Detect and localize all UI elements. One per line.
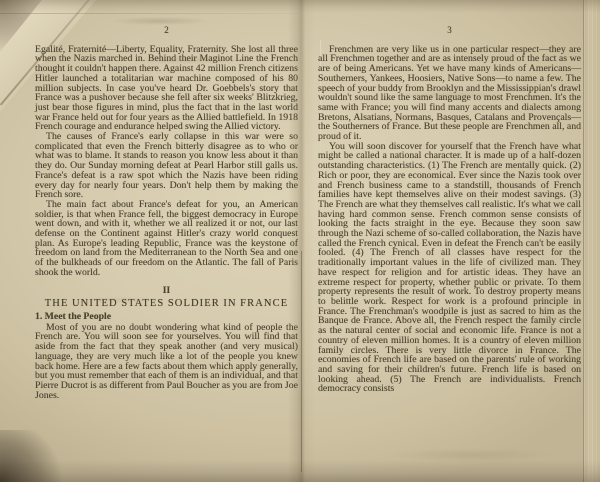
paragraph: The causes of France's early collapse in… (35, 132, 298, 200)
gutter-fold (288, 0, 315, 482)
corner-shadow-bottom-left (0, 430, 70, 482)
paragraph: Most of you are no doubt wondering what … (35, 323, 298, 401)
paragraph: Frenchmen are very like us in one partic… (318, 45, 581, 142)
bottom-edge-shadow (0, 460, 600, 482)
chapter-number: II (35, 287, 298, 297)
paragraph: Egalité, Fraternité—Liberty, Equality, F… (35, 45, 298, 132)
page-stack-edge (583, 0, 600, 482)
horizontal-crease (0, 13, 300, 14)
chapter-title: THE UNITED STATES SOLDIER IN FRANCE (35, 299, 298, 309)
top-edge-shadow (0, 0, 600, 13)
page-number: 3 (318, 26, 581, 36)
right-page: 3 Frenchmen are very like us in one part… (318, 26, 581, 394)
subsection-heading: 1. Meet the People (35, 312, 298, 322)
page-number: 2 (35, 26, 298, 36)
left-page: 2 Egalité, Fraternité—Liberty, Equality,… (35, 26, 298, 400)
book-photo: 2 Egalité, Fraternité—Liberty, Equality,… (0, 0, 600, 482)
paragraph: The main fact about France's defeat for … (35, 200, 298, 278)
paragraph: You will soon discover for yourself that… (318, 142, 581, 394)
